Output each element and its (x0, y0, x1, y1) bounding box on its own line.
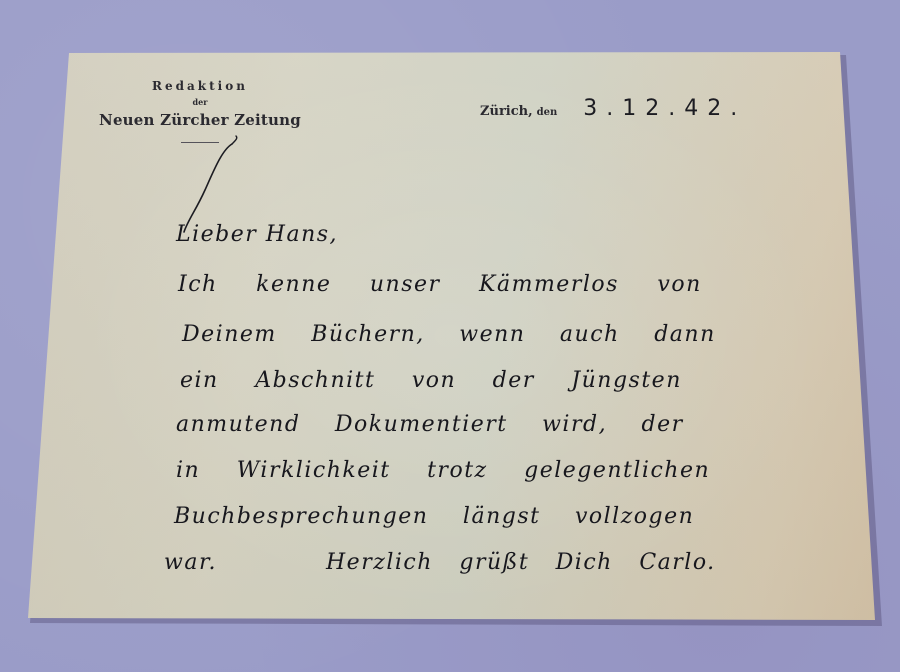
dateline: Zürich, den 3.12.42. (480, 96, 746, 121)
letter-line: in Wirklichkeit trotz gelegentlichen (176, 458, 710, 483)
letter-line: anmutend Dokumentiert wird, der (176, 412, 684, 437)
letterhead-newspaper-name: Neuen Zürcher Zeitung (90, 110, 310, 130)
salutation: Lieber Hans, (176, 222, 338, 247)
closing-signature: Herzlich grüßt Dich Carlo. (326, 550, 716, 575)
letterhead: Redaktion der Neuen Zürcher Zeitung (90, 78, 310, 143)
photo-stage: Redaktion der Neuen Zürcher Zeitung Züri… (0, 0, 900, 672)
dateline-place: Zürich, (480, 104, 533, 119)
letterhead-der: der (90, 96, 310, 108)
letter-line: ein Abschnitt von der Jüngsten (180, 368, 682, 393)
letter-line: war. (164, 550, 217, 575)
letter-line: Ich kenne unser Kämmerlos von (178, 272, 702, 297)
letter-line: Buchbesprechungen längst vollzogen (174, 504, 694, 529)
letter-line: Deinem Büchern, wenn auch dann (182, 322, 716, 347)
letterhead-redaktion: Redaktion (90, 78, 310, 94)
handwritten-date: 3.12.42. (583, 96, 746, 121)
dateline-den: den (537, 107, 558, 118)
letterhead-rule (181, 142, 219, 143)
